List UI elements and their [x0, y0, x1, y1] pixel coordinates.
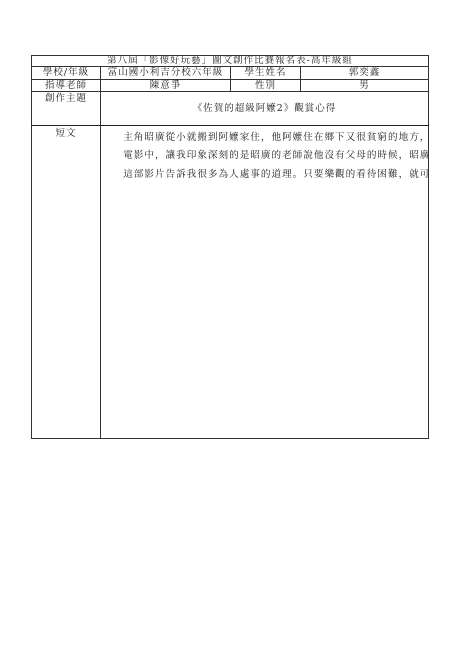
gender-value: 男: [301, 80, 429, 92]
essay-paragraph: 這部影片告訴我很多為人處事的道理。只要樂觀的看待困難，就可以找到方法解決困難；就…: [104, 166, 426, 184]
student-name-value: 郭奕鑫: [301, 67, 429, 80]
theme-value: 《佐賀的超級阿嬤2》觀賞心得: [101, 92, 429, 126]
teacher-value: 陳意爭: [101, 80, 231, 92]
form-title-row: 第八屆「影像好玩藝」圖文創作比賽報名表-高年級組: [32, 56, 429, 67]
form-title: 第八屆「影像好玩藝」圖文創作比賽報名表-高年級組: [32, 56, 429, 67]
registration-form-table: 第八屆「影像好玩藝」圖文創作比賽報名表-高年級組 學校/年級 富山國小利吉分校六…: [31, 55, 429, 439]
essay-label: 短文: [32, 126, 101, 439]
essay-paragraph: 電影中，讓我印象深刻的是昭廣的老師說他沒有父母的時候，昭廣竟然說他要把他的媽媽借…: [104, 147, 426, 165]
gender-label: 性別: [231, 80, 301, 92]
school-value: 富山國小利吉分校六年級: [101, 67, 231, 80]
theme-label: 創作主題: [32, 92, 101, 126]
teacher-label: 指導老師: [32, 80, 101, 92]
essay-paragraph: 主角昭廣從小就搬到阿嬤家住，他阿嬤住在鄉下又很貧窮的地方，昭廣的阿嬤雖然很窮，但…: [104, 129, 426, 147]
essay-text: 主角昭廣從小就搬到阿嬤家住，他阿嬤住在鄉下又很貧窮的地方，昭廣的阿嬤雖然很窮，但…: [101, 126, 429, 439]
teacher-row: 指導老師 陳意爭 性別 男: [32, 80, 429, 92]
student-name-label: 學生姓名: [231, 67, 301, 80]
theme-row: 創作主題 《佐賀的超級阿嬤2》觀賞心得: [32, 92, 429, 126]
school-row: 學校/年級 富山國小利吉分校六年級 學生姓名 郭奕鑫: [32, 67, 429, 80]
essay-row: 短文 主角昭廣從小就搬到阿嬤家住，他阿嬤住在鄉下又很貧窮的地方，昭廣的阿嬤雖然很…: [32, 126, 429, 439]
school-label: 學校/年級: [32, 67, 101, 80]
